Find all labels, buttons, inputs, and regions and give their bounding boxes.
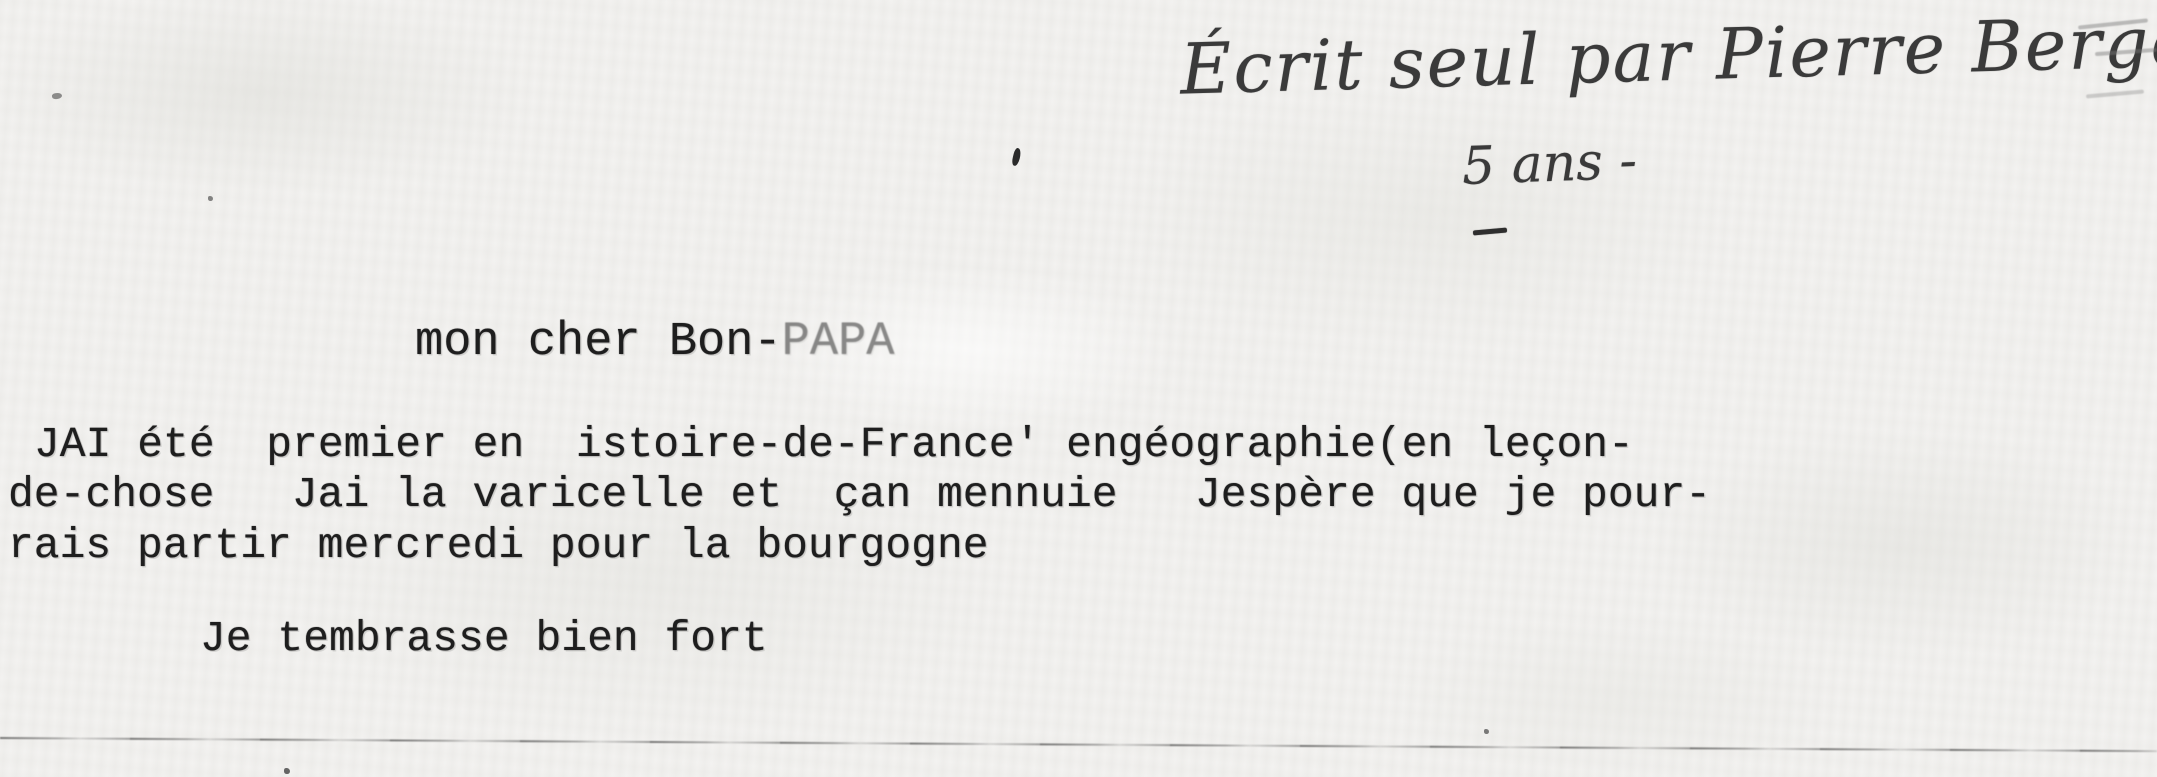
salutation-text: mon cher Bon- xyxy=(415,316,782,369)
scanned-letter-page: Écrit seul par Pierre Berger 5 ans - mon… xyxy=(0,0,2157,777)
ink-speck xyxy=(1011,147,1022,166)
ink-speck xyxy=(208,196,213,201)
ink-speck xyxy=(52,92,63,100)
handwritten-underline-stroke xyxy=(1473,228,1507,236)
ink-speck xyxy=(284,768,290,774)
body-line-2: de-chose Jai la varicelle et çan mennuie… xyxy=(8,470,1711,519)
body-line-1: JAI été premier en istoire-de-France' en… xyxy=(34,420,1634,469)
handwritten-note-author: Écrit seul par Pierre Berger xyxy=(1179,0,2157,111)
body-line-3: rais partir mercredi pour la bourgogne xyxy=(8,521,989,570)
closing-line: Je tembrasse bien fort xyxy=(200,614,768,663)
salutation-text-faded: PAPA xyxy=(782,316,895,369)
paper-fold-line xyxy=(0,737,2157,752)
salutation: mon cher Bon-PAPA xyxy=(415,316,895,369)
ink-speck xyxy=(1484,729,1489,734)
handwritten-note-age: 5 ans - xyxy=(1461,131,1638,197)
pencil-hatch-mark xyxy=(2086,89,2144,98)
